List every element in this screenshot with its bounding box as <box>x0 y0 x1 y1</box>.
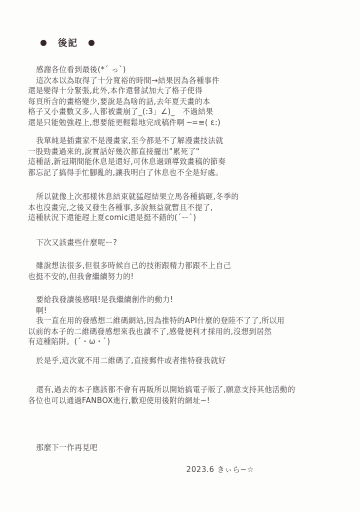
text-line: 本也沒畫完,之後又發生各種事,多說無益就暫且不提了, <box>28 203 254 214</box>
right-bullet-icon: ● <box>88 38 96 48</box>
paragraph-6: 要給我發讀後感哦!是我繼續創作的動力! 啊! 我一直在用的發感想二維碼網站,因為… <box>28 295 254 348</box>
paragraph-4: 下次又該畫些什麼呢ー? <box>28 238 254 249</box>
text-line: 感謝各位看到最後(*´ っ`) <box>28 65 254 76</box>
text-line: 有這種陷阱。(´・ω・`) <box>28 337 254 348</box>
text-line: 以前的本子的二維碼發感想來我也讀不了,感覺便利才採用的,沒想到居然 <box>28 327 254 338</box>
text-line: 這次本以為取得了十分寬裕的時間→結果因為各種事件 <box>28 76 254 87</box>
left-bullet-icon: ● <box>40 38 48 48</box>
text-line: 各位也可以通過FANBOX進行,歡迎使用後附的網址~! <box>28 396 254 407</box>
paragraph-7: 於是乎,這次就不用二維碼了,直接郵件或者推特發我就好 <box>28 356 254 367</box>
paragraph-3: 所以就像上次那樣休息結束就猛趕結果立馬各種搞砸,冬季的 本也沒畫完,之後又發生各… <box>28 192 254 224</box>
afterword-content: ● 後記 ● 感謝各位看到最後(*´ っ`) 這次本以為取得了十分寬裕的時間→結… <box>28 36 254 475</box>
text-line: 雖說想法很多,但很多時候自己的技術跟精力都跟不上自己 <box>28 261 254 272</box>
text-line: 也挺不安的,但我會繼續努力的! <box>28 272 254 283</box>
afterword-page: ● 後記 ● 感謝各位看到最後(*´ っ`) 這次本以為取得了十分寬裕的時間→結… <box>0 0 360 512</box>
text-line: 於是乎,這次就不用二維碼了,直接郵件或者推特發我就好 <box>28 356 254 367</box>
signoff-line: 那麼下一作再見吧 <box>28 443 254 454</box>
text-line: 一股勁畫過來的,說實話好幾次都直接擺出"累死了" <box>28 147 254 158</box>
text-line: 都忘記了搞得手忙腳亂的,讓我明白了休息也不全是好處。 <box>28 168 254 179</box>
text-line: 我單純是插畫家不是漫畫家,至今都是不了解漫畫技法就 <box>28 136 254 147</box>
paragraph-2: 我單純是插畫家不是漫畫家,至今都是不了解漫畫技法就 一股勁畫過來的,說實話好幾次… <box>28 136 254 178</box>
text-line: 還是只能勉強趕上,想要能更輕鬆地完成稿件啊 ─=≡( ε:) <box>28 118 254 129</box>
text-line: 還有,過去的本子應該都不會有再販所以開始搞電子版了,願意支持其他活動的 <box>28 385 254 396</box>
paragraph-signoff: 那麼下一作再見吧 <box>28 443 254 454</box>
date-signature: 2023.6 きぃら~☆ <box>28 465 254 476</box>
paragraph-1: 感謝各位看到最後(*´ っ`) 這次本以為取得了十分寬裕的時間→結果因為各種事件… <box>28 65 254 128</box>
text-line: 這種話,新冠期間能休息是還好,可休息過頭導致畫稿的節奏 <box>28 157 254 168</box>
text-line: 要給我發讀後感哦!是我繼續創作的動力! <box>28 295 254 306</box>
page-title: ● 後記 ● <box>40 36 254 49</box>
text-line: 每頁所含的畫格變少,要說是為啥的話,去年夏天畫的本 <box>28 97 254 108</box>
text-line: 下次又該畫些什麼呢ー? <box>28 238 254 249</box>
text-line: 這種狀況下還能趕上夏comic還是挺不錯的(´ー`) <box>28 213 254 224</box>
text-line: 所以就像上次那樣休息結束就猛趕結果立馬各種搞砸,冬季的 <box>28 192 254 203</box>
text-line: 啊! <box>28 306 254 317</box>
text-line: 格子又小畫數又多,人都被畫崩了_(:3」∠)_ 不過結果 <box>28 107 254 118</box>
page-title-text: 後記 <box>58 36 78 49</box>
paragraph-8: 還有,過去的本子應該都不會有再販所以開始搞電子版了,願意支持其他活動的 各位也可… <box>28 385 254 406</box>
text-line: 還是變得十分緊張,此外,本作還嘗試加大了格子使得 <box>28 86 254 97</box>
text-line: 我一直在用的發感想二維碼網站,因為推特的API什麼的登陸不了了,所以用 <box>28 316 254 327</box>
paragraph-5: 雖說想法很多,但很多時候自己的技術跟精力都跟不上自己 也挺不安的,但我會繼續努力… <box>28 261 254 282</box>
